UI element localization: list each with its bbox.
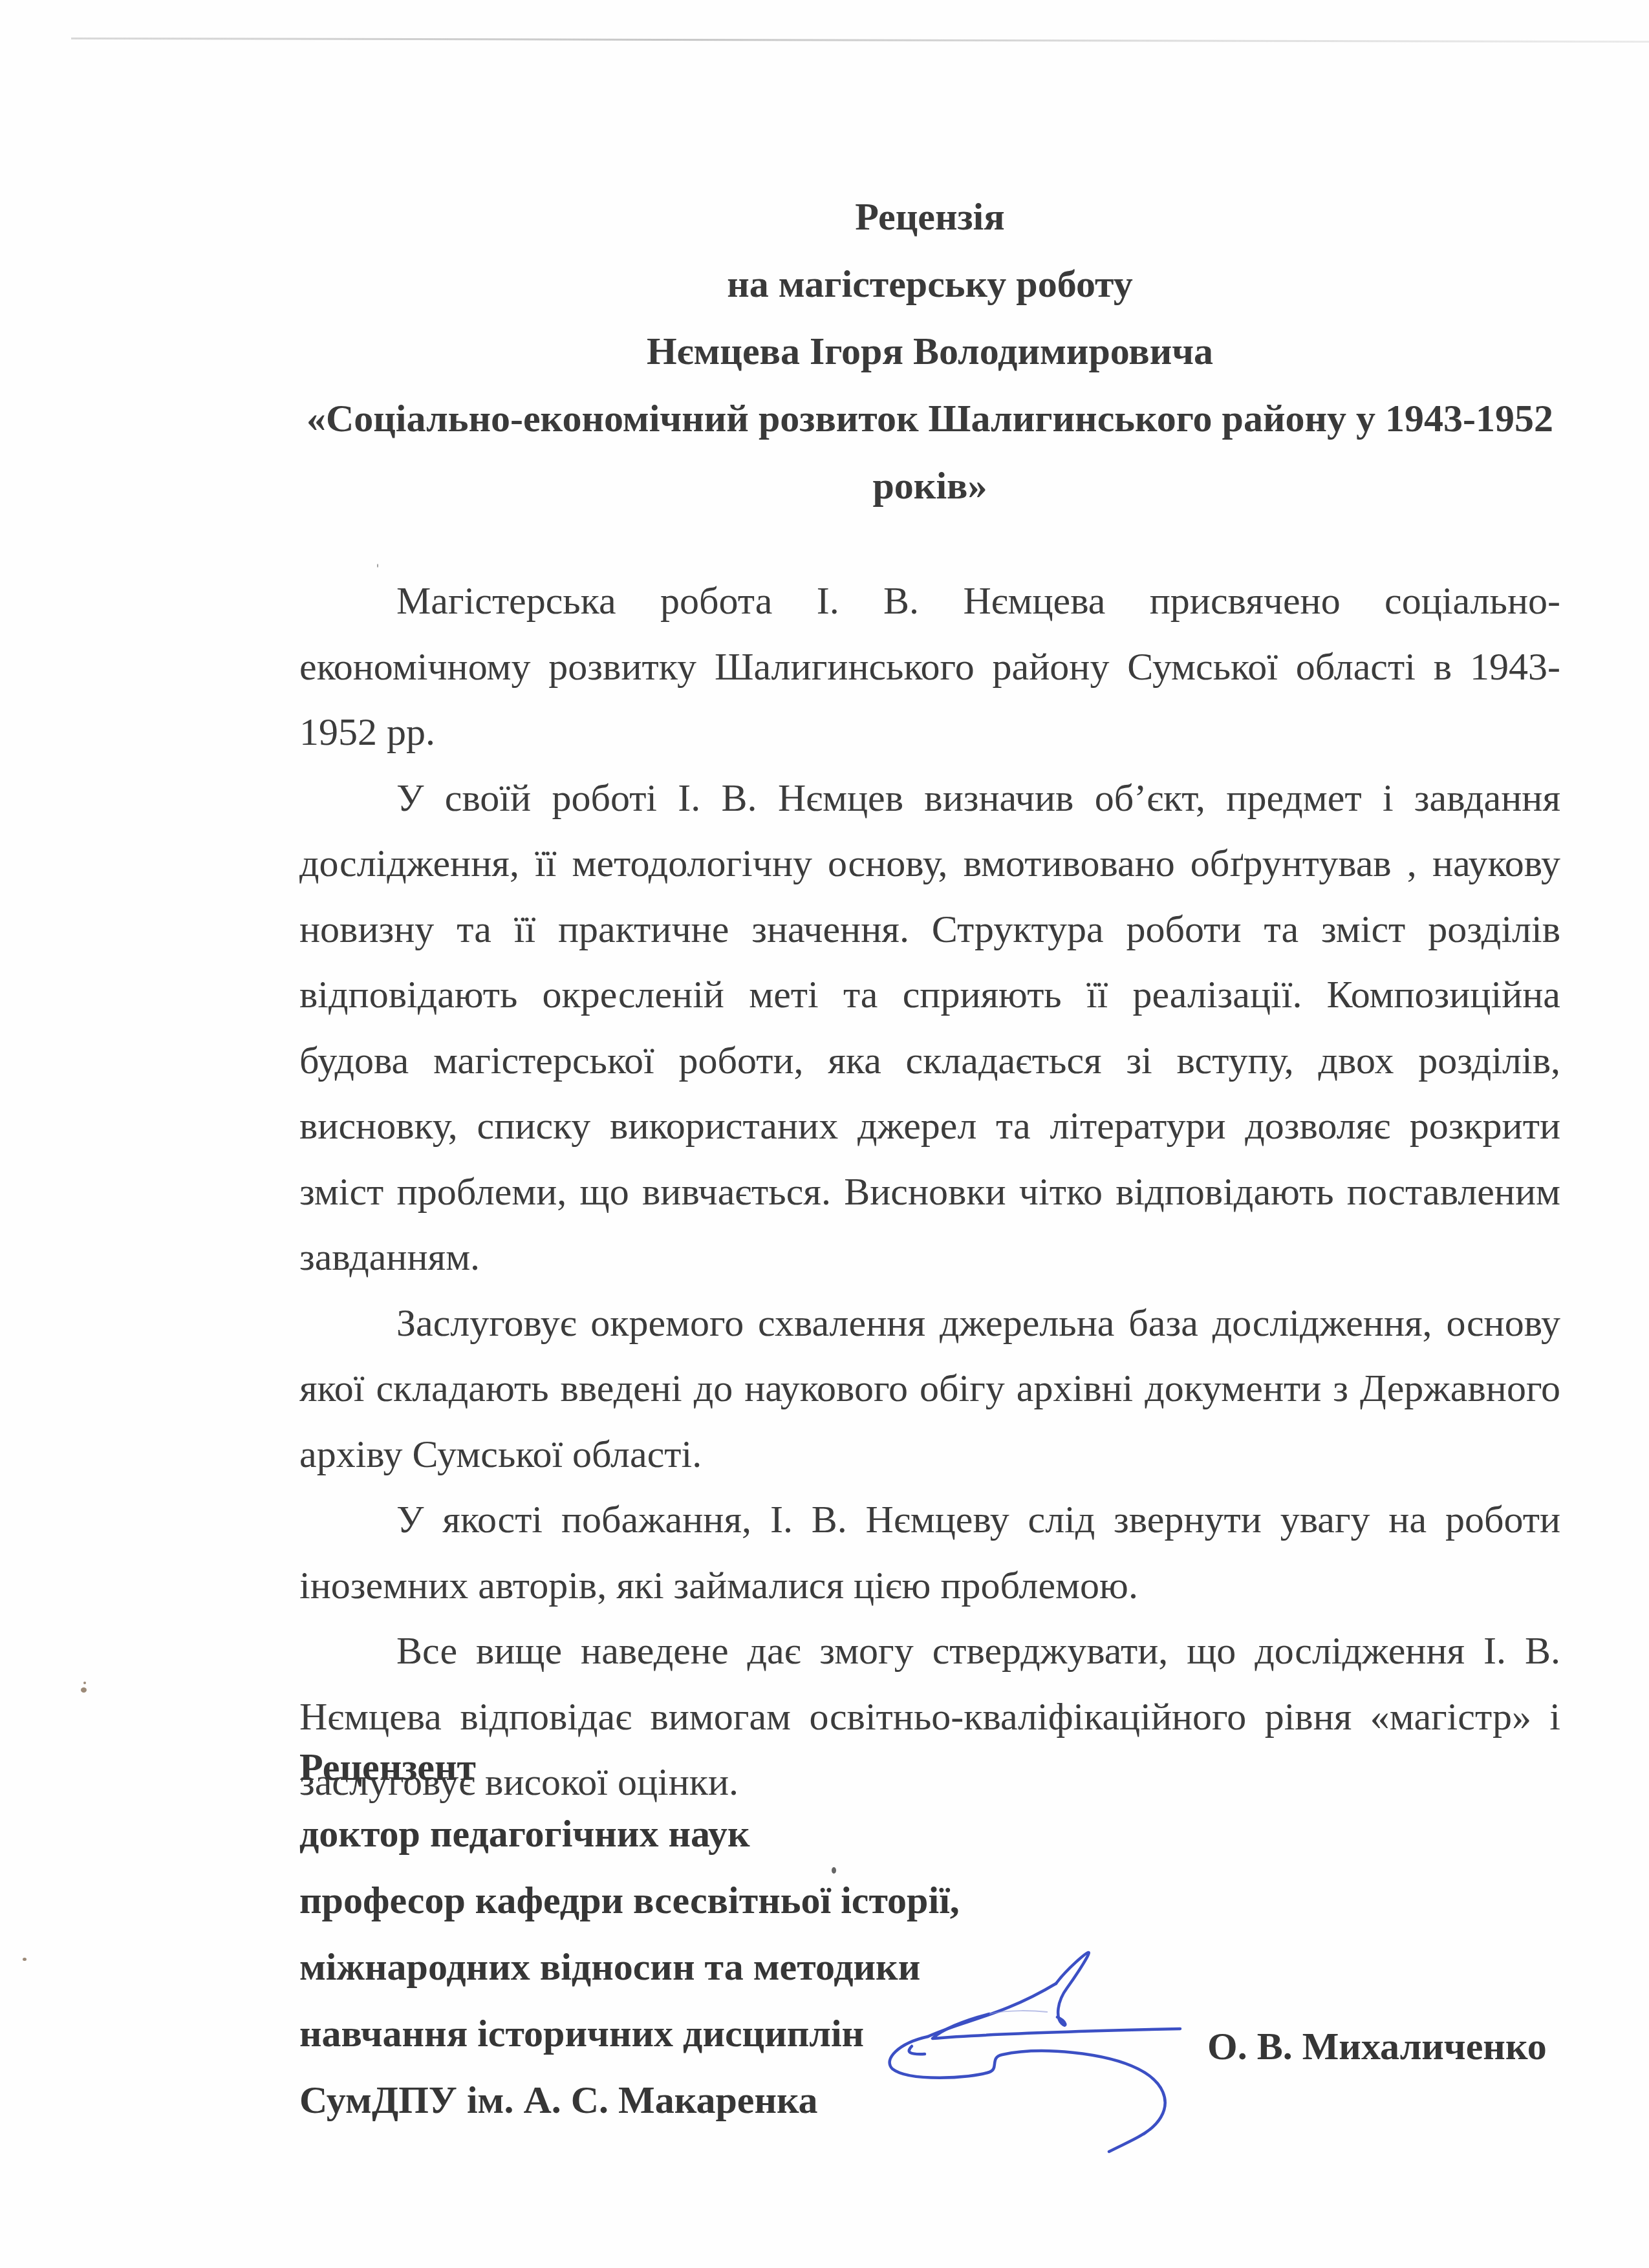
title-line-thesis-title: «Соціально-економічний розвиток Шалигинс… [299,385,1560,452]
reviewer-label: Рецензент [299,1734,1560,1801]
scan-speck [83,1682,86,1684]
title-line-author: Нємцева Ігоря Володимировича [299,317,1560,385]
scan-speck [23,1958,27,1961]
scan-speck [81,1687,87,1693]
handwritten-signature-icon [873,1907,1229,2166]
reviewer-name: О. В. Михаличенко [1207,2013,1547,2080]
document-title: Рецензія на магістерську роботу Нємцева … [299,183,1560,519]
paragraph-recommendation: У якості побажання, І. В. Нємцеву слід з… [299,1487,1560,1618]
title-line-review: Рецензія [299,183,1560,250]
scan-edge-line [71,37,1649,43]
paragraph-intro: Магістерська робота І. В. Нємцева присвя… [299,568,1560,765]
title-line-thesis-title-end: років» [299,452,1560,519]
review-body: Магістерська робота І. В. Нємцева присвя… [299,568,1560,1815]
reviewer-degree: доктор педагогічних наук [299,1801,1560,1867]
paragraph-structure: У своїй роботі І. В. Нємцев визначив об’… [299,765,1560,1290]
scan-speck [377,564,378,568]
title-line-subject: на магістерську роботу [299,250,1560,317]
paragraph-sources: Заслуговує окремого схвалення джерельна … [299,1290,1560,1488]
document-page: Рецензія на магістерську роботу Нємцева … [0,0,1649,2268]
scan-speck [832,1867,836,1874]
